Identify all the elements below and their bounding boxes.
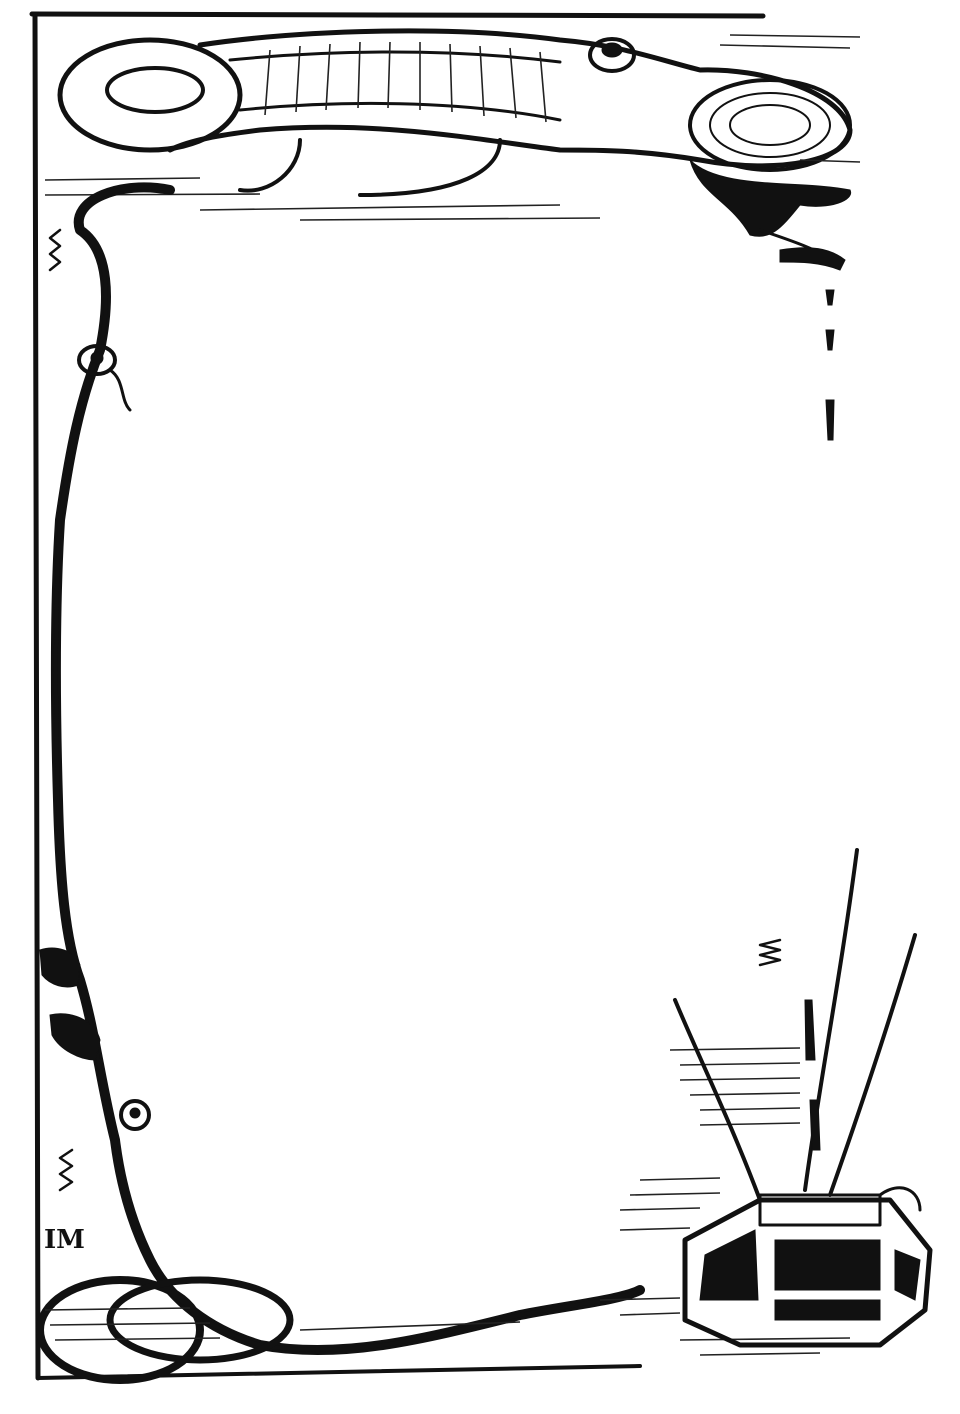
snake-icon (40, 187, 640, 1380)
monogram: IM (44, 1225, 85, 1255)
border-illustration: IM (0, 0, 960, 1414)
alligator-icon (45, 31, 860, 265)
inkwell-icon (600, 850, 930, 1355)
ink-drips (780, 248, 845, 440)
